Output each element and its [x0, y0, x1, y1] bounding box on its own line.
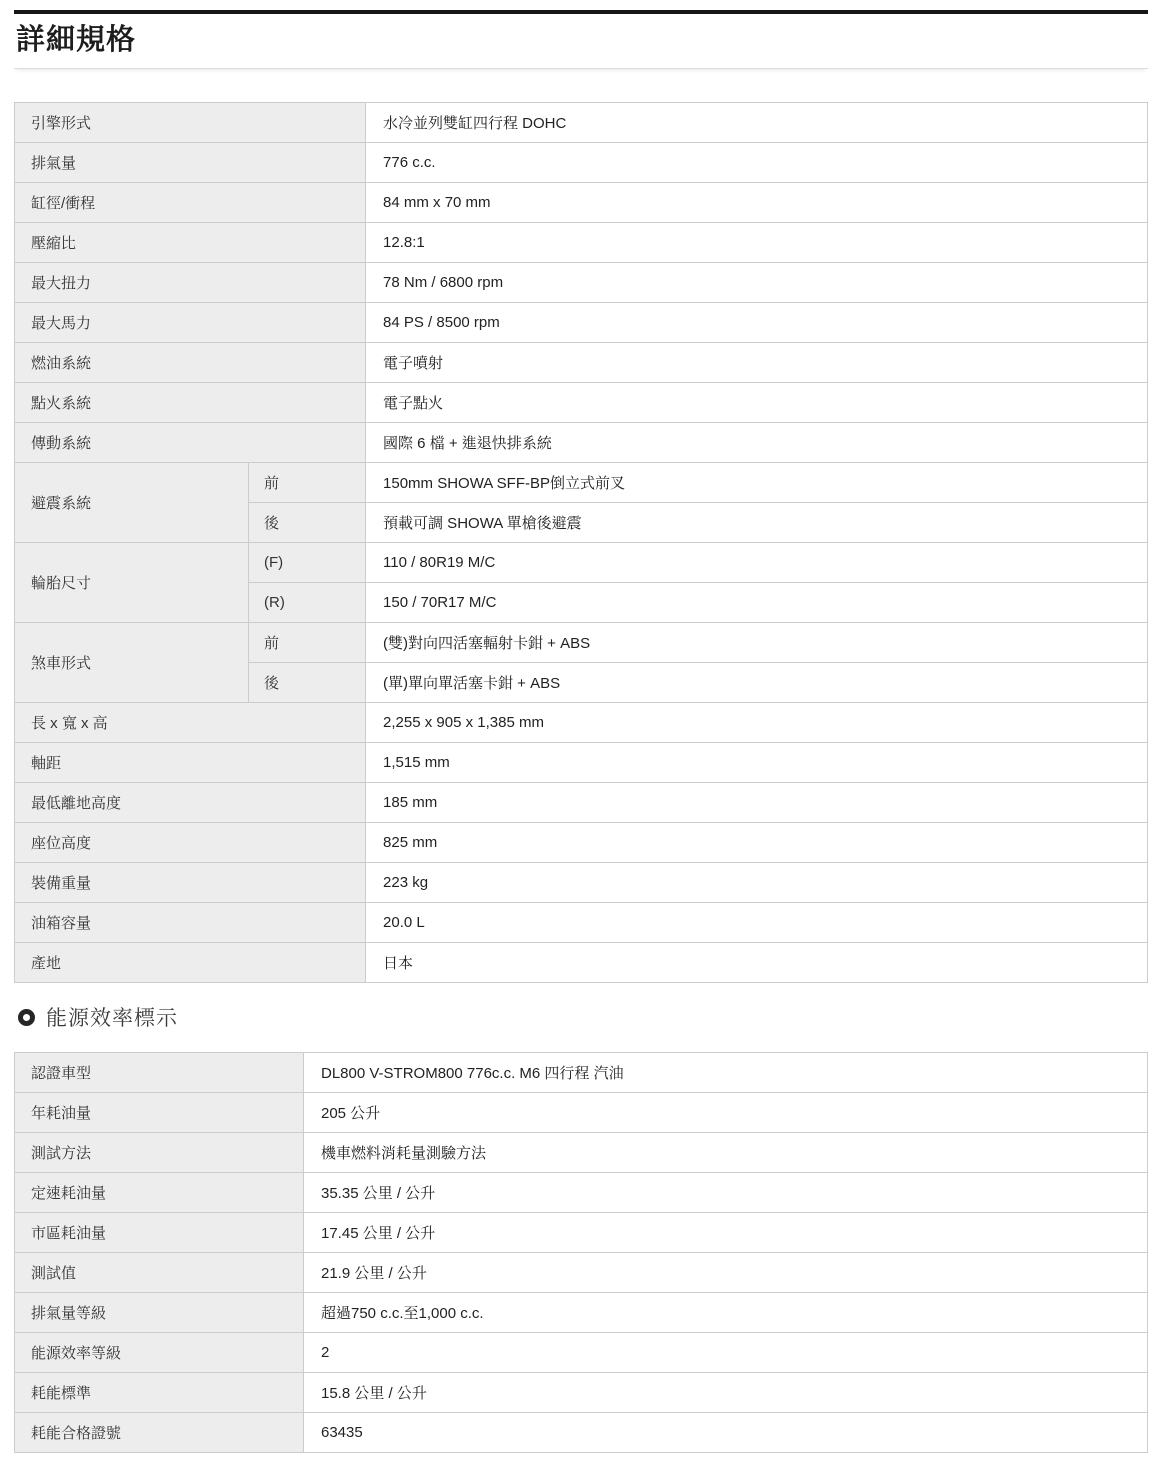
table-row: 裝備重量 223 kg [15, 863, 1148, 903]
spec-value: 825 mm [366, 823, 1148, 863]
table-row: 耗能標準 15.8 公里 / 公升 [15, 1373, 1148, 1413]
energy-label: 市區耗油量 [15, 1213, 304, 1253]
energy-value: 15.8 公里 / 公升 [304, 1373, 1148, 1413]
spec-label: 缸徑/衝程 [15, 183, 366, 223]
energy-value: DL800 V-STROM800 776c.c. M6 四行程 汽油 [304, 1053, 1148, 1093]
spec-value: 110 / 80R19 M/C [366, 543, 1148, 583]
table-row: 座位高度 825 mm [15, 823, 1148, 863]
energy-value: 2 [304, 1333, 1148, 1373]
spec-label: 座位高度 [15, 823, 366, 863]
spec-sub-label: 前 [249, 463, 366, 503]
spec-label: 最大馬力 [15, 303, 366, 343]
table-row: 輪胎尺寸 (F) 110 / 80R19 M/C [15, 543, 1148, 583]
energy-label: 定速耗油量 [15, 1173, 304, 1213]
energy-label: 認證車型 [15, 1053, 304, 1093]
spec-group-label: 煞車形式 [15, 623, 249, 703]
spec-group-label: 輪胎尺寸 [15, 543, 249, 623]
spec-value: 預載可調 SHOWA 單槍後避震 [366, 503, 1148, 543]
spec-label: 引擎形式 [15, 103, 366, 143]
table-row: 最低離地高度 185 mm [15, 783, 1148, 823]
table-row: 測試方法 機車燃料消耗量測驗方法 [15, 1133, 1148, 1173]
spec-value: 776 c.c. [366, 143, 1148, 183]
energy-label: 測試方法 [15, 1133, 304, 1173]
table-row: 缸徑/衝程 84 mm x 70 mm [15, 183, 1148, 223]
spec-value: 國際 6 檔 + 進退快排系統 [366, 423, 1148, 463]
energy-label: 排氣量等級 [15, 1293, 304, 1333]
energy-value: 機車燃料消耗量測驗方法 [304, 1133, 1148, 1173]
table-row: 傳動系統 國際 6 檔 + 進退快排系統 [15, 423, 1148, 463]
spec-sub-label: 後 [249, 663, 366, 703]
energy-table: 認證車型 DL800 V-STROM800 776c.c. M6 四行程 汽油 … [14, 1052, 1148, 1453]
spec-label: 油箱容量 [15, 903, 366, 943]
spec-group-label: 避震系統 [15, 463, 249, 543]
spec-label: 傳動系統 [15, 423, 366, 463]
table-row: 避震系統 前 150mm SHOWA SFF-BP倒立式前叉 [15, 463, 1148, 503]
table-row: 引擎形式 水冷並列雙缸四行程 DOHC [15, 103, 1148, 143]
spec-value: 78 Nm / 6800 rpm [366, 263, 1148, 303]
energy-value: 17.45 公里 / 公升 [304, 1213, 1148, 1253]
spec-label: 裝備重量 [15, 863, 366, 903]
energy-value: 21.9 公里 / 公升 [304, 1253, 1148, 1293]
energy-section-title: 能源效率標示 [46, 1002, 178, 1032]
table-row: 最大扭力 78 Nm / 6800 rpm [15, 263, 1148, 303]
spec-label: 排氣量 [15, 143, 366, 183]
table-row: 最大馬力 84 PS / 8500 rpm [15, 303, 1148, 343]
spec-label: 長 x 寬 x 高 [15, 703, 366, 743]
table-row: 測試值 21.9 公里 / 公升 [15, 1253, 1148, 1293]
spec-value: 12.8:1 [366, 223, 1148, 263]
spec-sub-label: 前 [249, 623, 366, 663]
spec-label: 最低離地高度 [15, 783, 366, 823]
content: 詳細規格 引擎形式 水冷並列雙缸四行程 DOHC 排氣量 776 c.c. 缸徑… [14, 10, 1148, 1453]
spec-value: 84 PS / 8500 rpm [366, 303, 1148, 343]
table-row: 定速耗油量 35.35 公里 / 公升 [15, 1173, 1148, 1213]
spec-value: 1,515 mm [366, 743, 1148, 783]
spec-value: 電子噴射 [366, 343, 1148, 383]
page-title: 詳細規格 [16, 25, 1146, 55]
spec-sub-label: 後 [249, 503, 366, 543]
spec-value: 150mm SHOWA SFF-BP倒立式前叉 [366, 463, 1148, 503]
spec-value: 電子點火 [366, 383, 1148, 423]
energy-section-heading: 能源效率標示 [18, 1004, 1148, 1030]
spec-label: 軸距 [15, 743, 366, 783]
spec-sub-label: (F) [249, 543, 366, 583]
spec-label: 點火系統 [15, 383, 366, 423]
spec-label: 產地 [15, 943, 366, 983]
table-row: 軸距 1,515 mm [15, 743, 1148, 783]
table-row: 認證車型 DL800 V-STROM800 776c.c. M6 四行程 汽油 [15, 1053, 1148, 1093]
table-row: 燃油系統 電子噴射 [15, 343, 1148, 383]
spec-label: 壓縮比 [15, 223, 366, 263]
table-row: 煞車形式 前 (雙)對向四活塞輻射卡鉗 + ABS [15, 623, 1148, 663]
page-header: 詳細規格 [14, 10, 1148, 69]
table-row: 排氣量等級 超過750 c.c.至1,000 c.c. [15, 1293, 1148, 1333]
spec-value: 2,255 x 905 x 1,385 mm [366, 703, 1148, 743]
spec-value: 150 / 70R17 M/C [366, 583, 1148, 623]
energy-value: 205 公升 [304, 1093, 1148, 1133]
energy-label: 耗能標準 [15, 1373, 304, 1413]
spec-value: 20.0 L [366, 903, 1148, 943]
table-row: 點火系統 電子點火 [15, 383, 1148, 423]
spec-value: 84 mm x 70 mm [366, 183, 1148, 223]
spec-value: (單)單向單活塞卡鉗 + ABS [366, 663, 1148, 703]
energy-value: 超過750 c.c.至1,000 c.c. [304, 1293, 1148, 1333]
spec-value: (雙)對向四活塞輻射卡鉗 + ABS [366, 623, 1148, 663]
table-row: 長 x 寬 x 高 2,255 x 905 x 1,385 mm [15, 703, 1148, 743]
table-row: 年耗油量 205 公升 [15, 1093, 1148, 1133]
spec-value: 日本 [366, 943, 1148, 983]
energy-label: 測試值 [15, 1253, 304, 1293]
energy-value: 35.35 公里 / 公升 [304, 1173, 1148, 1213]
energy-label: 耗能合格證號 [15, 1413, 304, 1453]
table-row: 壓縮比 12.8:1 [15, 223, 1148, 263]
energy-value: 63435 [304, 1413, 1148, 1453]
spec-sub-label: (R) [249, 583, 366, 623]
table-row: 油箱容量 20.0 L [15, 903, 1148, 943]
table-row: 耗能合格證號 63435 [15, 1413, 1148, 1453]
spec-value: 水冷並列雙缸四行程 DOHC [366, 103, 1148, 143]
ring-bullet-icon [18, 1009, 35, 1026]
page: 詳細規格 引擎形式 水冷並列雙缸四行程 DOHC 排氣量 776 c.c. 缸徑… [0, 0, 1155, 1459]
spec-label: 最大扭力 [15, 263, 366, 303]
spec-value: 185 mm [366, 783, 1148, 823]
spec-label: 燃油系統 [15, 343, 366, 383]
energy-label: 能源效率等級 [15, 1333, 304, 1373]
table-row: 排氣量 776 c.c. [15, 143, 1148, 183]
spec-value: 223 kg [366, 863, 1148, 903]
table-row: 能源效率等級 2 [15, 1333, 1148, 1373]
energy-label: 年耗油量 [15, 1093, 304, 1133]
spec-table: 引擎形式 水冷並列雙缸四行程 DOHC 排氣量 776 c.c. 缸徑/衝程 8… [14, 102, 1148, 983]
table-row: 市區耗油量 17.45 公里 / 公升 [15, 1213, 1148, 1253]
table-row: 產地 日本 [15, 943, 1148, 983]
